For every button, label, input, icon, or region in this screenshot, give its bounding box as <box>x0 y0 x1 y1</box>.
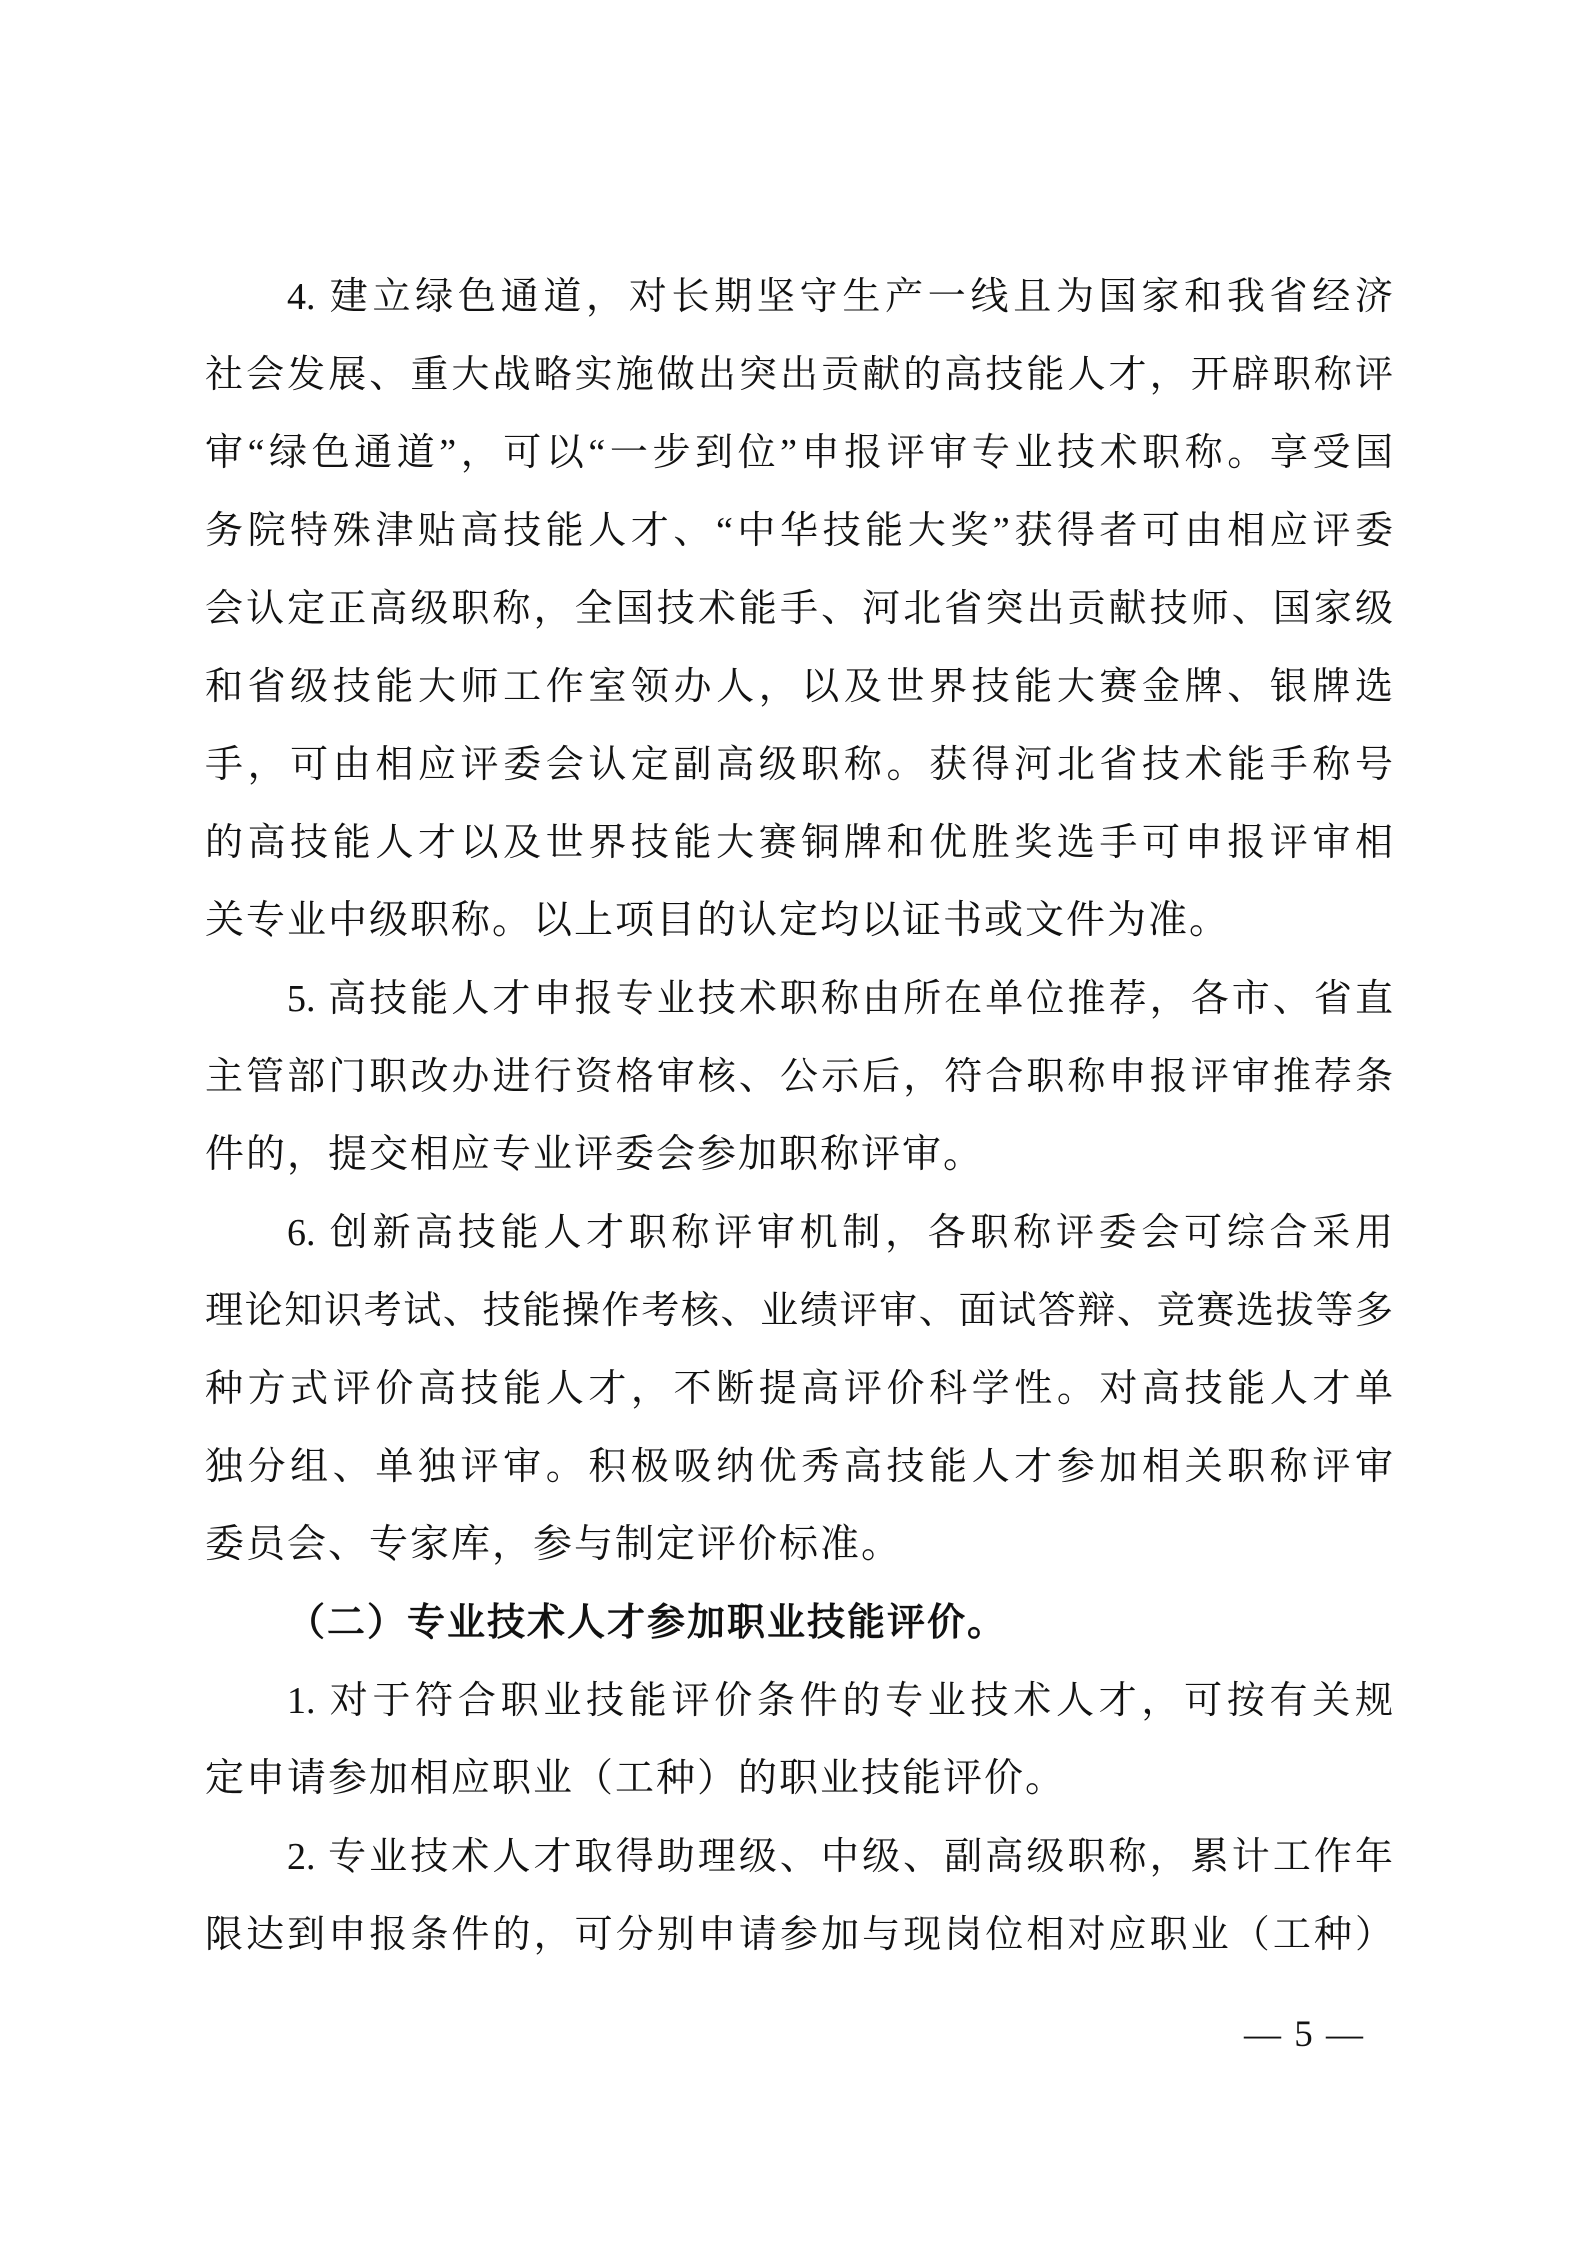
text-line: 会认定正高级职称，全国技术能手、河北省突出贡献技师、国家级 <box>205 570 1393 648</box>
page-number: — 5 — <box>1244 2013 1365 2057</box>
text-line: 4. 建立绿色通道，对长期坚守生产一线且为国家和我省经济 <box>205 258 1393 336</box>
text-line: 2. 专业技术人才取得助理级、中级、副高级职称，累计工作年 <box>205 1818 1393 1896</box>
text-line: 委员会、专家库，参与制定评价标准。 <box>205 1506 1393 1584</box>
text-line: 的高技能人才以及世界技能大赛铜牌和优胜奖选手可申报评审相 <box>205 804 1393 882</box>
text-line: 务院特殊津贴高技能人才、“中华技能大奖”获得者可由相应评委 <box>205 492 1393 570</box>
text-line: 社会发展、重大战略实施做出突出贡献的高技能人才，开辟职称评 <box>205 336 1393 414</box>
text-line: 件的，提交相应专业评委会参加职称评审。 <box>205 1116 1393 1194</box>
text-line: 理论知识考试、技能操作考核、业绩评审、面试答辩、竞赛选拔等多 <box>205 1272 1393 1350</box>
text-line: 审“绿色通道”，可以“一步到位”申报评审专业技术职称。享受国 <box>205 414 1393 492</box>
document-body: 4. 建立绿色通道，对长期坚守生产一线且为国家和我省经济 社会发展、重大战略实施… <box>205 258 1393 1974</box>
document-page: 4. 建立绿色通道，对长期坚守生产一线且为国家和我省经济 社会发展、重大战略实施… <box>0 0 1587 2244</box>
text-line: 5. 高技能人才申报专业技术职称由所在单位推荐，各市、省直 <box>205 960 1393 1038</box>
text-line: 和省级技能大师工作室领办人，以及世界技能大赛金牌、银牌选 <box>205 648 1393 726</box>
text-line: 主管部门职改办进行资格审核、公示后，符合职称申报评审推荐条 <box>205 1038 1393 1116</box>
text-line: 手，可由相应评委会认定副高级职称。获得河北省技术能手称号 <box>205 726 1393 804</box>
text-line: 1. 对于符合职业技能评价条件的专业技术人才，可按有关规 <box>205 1662 1393 1740</box>
text-line: 定申请参加相应职业（工种）的职业技能评价。 <box>205 1740 1393 1818</box>
text-line: 限达到申报条件的，可分别申请参加与现岗位相对应职业（工种） <box>205 1896 1393 1974</box>
section-heading: （二）专业技术人才参加职业技能评价。 <box>205 1584 1393 1662</box>
text-line: 6. 创新高技能人才职称评审机制，各职称评委会可综合采用 <box>205 1194 1393 1272</box>
text-line: 独分组、单独评审。积极吸纳优秀高技能人才参加相关职称评审 <box>205 1428 1393 1506</box>
text-line: 关专业中级职称。以上项目的认定均以证书或文件为准。 <box>205 882 1393 960</box>
text-line: 种方式评价高技能人才，不断提高评价科学性。对高技能人才单 <box>205 1350 1393 1428</box>
